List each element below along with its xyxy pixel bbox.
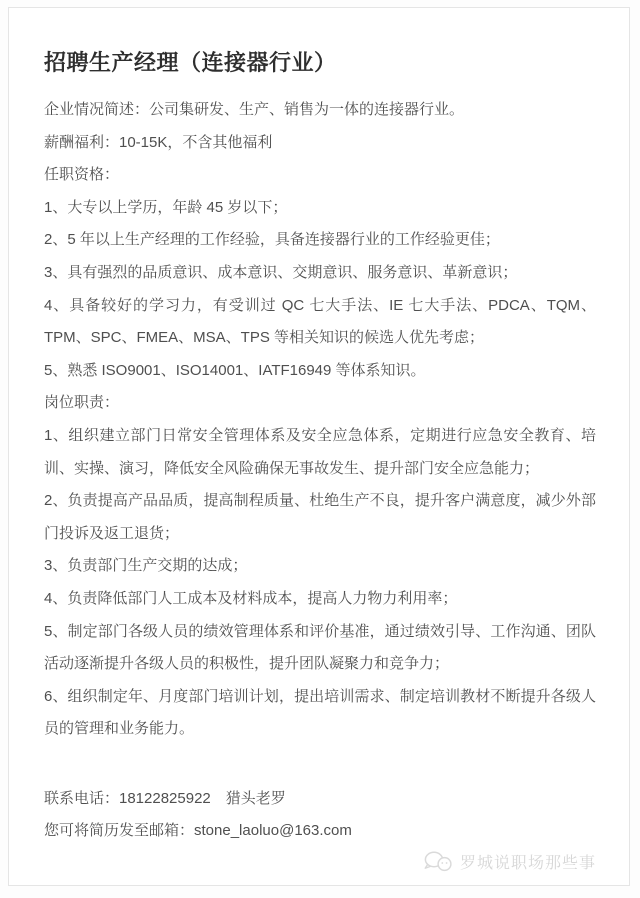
responsibility-item-5: 5、制定部门各级人员的绩效管理体系和评价基准，通过绩效引导、工作沟通、团队活动逐… <box>44 616 596 681</box>
qualification-item-3: 3、具有强烈的品质意识、成本意识、交期意识、服务意识、革新意识； <box>44 257 596 290</box>
responsibility-item-4: 4、负责降低部门人工成本及材料成本，提高人力物力利用率； <box>44 583 596 616</box>
brand-watermark: 罗城说职场那些事 <box>423 850 596 873</box>
company-summary: 企业情况简述：公司集研发、生产、销售为一体的连接器行业。 <box>44 94 596 127</box>
job-title: 招聘生产经理（连接器行业） <box>44 48 596 78</box>
qualification-item-1: 1、大专以上学历，年龄 45 岁以下； <box>44 192 596 225</box>
contact-email-line: 您可将简历发至邮箱：stone_laoluo@163.com <box>44 815 596 848</box>
brand-name: 罗城说职场那些事 <box>460 850 596 873</box>
qualification-item-5: 5、熟悉 ISO9001、ISO14001、IATF16949 等体系知识。 <box>44 355 596 388</box>
responsibility-item-1: 1、组织建立部门日常安全管理体系及安全应急体系，定期进行应急安全教育、培训、实操… <box>44 420 596 485</box>
salary-line: 薪酬福利：10-15K，不含其他福利 <box>44 127 596 160</box>
brand-logo-icon <box>423 850 454 873</box>
email-address: stone_laoluo@163.com <box>194 822 352 839</box>
contact-phone-line: 联系电话：18122825922猎头老罗 <box>44 783 596 816</box>
qualification-item-4: 4、具备较好的学习力，有受训过 QC 七大手法、IE 七大手法、PDCA、TQM… <box>44 290 596 355</box>
article-page: 招聘生产经理（连接器行业） 企业情况简述：公司集研发、生产、销售为一体的连接器行… <box>0 0 640 898</box>
email-label: 您可将简历发至邮箱： <box>44 822 194 839</box>
job-post-card: 招聘生产经理（连接器行业） 企业情况简述：公司集研发、生产、销售为一体的连接器行… <box>8 7 630 886</box>
responsibility-item-3: 3、负责部门生产交期的达成； <box>44 550 596 583</box>
recruiter-name: 猎头老罗 <box>226 790 286 807</box>
responsibility-item-6: 6、组织制定年、月度部门培训计划，提出培训需求、制定培训教材不断提升各级人员的管… <box>44 681 596 746</box>
responsibilities-heading: 岗位职责： <box>44 387 596 420</box>
qualifications-heading: 任职资格： <box>44 159 596 192</box>
contact-phone: 联系电话：18122825922 <box>44 790 211 807</box>
responsibility-item-2: 2、负责提高产品品质，提高制程质量、杜绝生产不良，提升客户满意度，减少外部门投诉… <box>44 485 596 550</box>
qualification-item-2: 2、5 年以上生产经理的工作经验，具备连接器行业的工作经验更佳； <box>44 224 596 257</box>
